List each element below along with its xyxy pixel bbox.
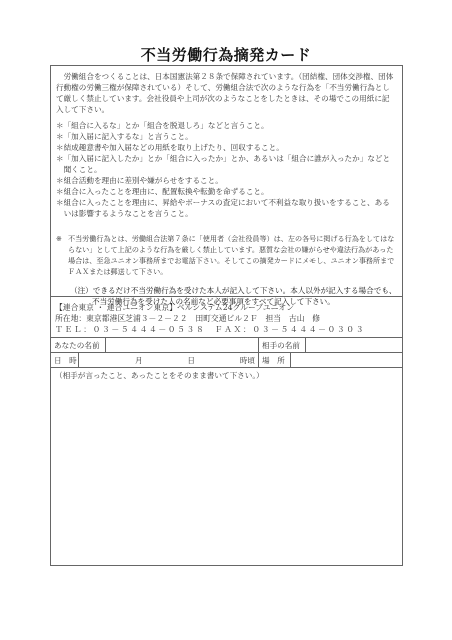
union-phone-fax: ＴＥＬ：０３－５４４４－０５３８ ＦＡＸ：０３－５４４４－０３０３	[55, 324, 398, 335]
time-label: 時頃	[240, 355, 255, 365]
other-name-field[interactable]	[306, 338, 402, 352]
page-title: 不当労働行為摘発カード	[0, 44, 452, 65]
union-contact-info: 【連合東京 ・ 連合ユニオン東京】ベルシステム24グループユニオン 所在地：東京…	[51, 298, 402, 338]
list-item: ＊組合活動を理由に差別や嫌がらせをすること。	[56, 175, 397, 186]
list-item: ＊「加入届に記入したか」とか「組合に入ったか」とか、あるいは「組合に誰が入ったか…	[56, 153, 397, 175]
card-frame: 労働組合をつくることは、日本国憲法第２８条で保障されています。（団結権、団体交渉…	[50, 65, 403, 566]
month-label: 月	[135, 355, 143, 365]
incident-description-area[interactable]: （相手が言ったこと、あったことをそのまま書いて下さい。）	[51, 368, 402, 565]
day-label: 日	[187, 355, 195, 365]
list-item: ＊「加入届に記入するな」と言うこと。	[56, 131, 397, 142]
union-address: 所在地：東京都港区芝浦３－２－２２ 田町交通ビル２Ｆ 担当 古山 修	[55, 313, 398, 324]
place-label: 場 所	[259, 353, 291, 367]
list-item: ＊「組合に入るな」とか「組合を脱退しろ」などと言うこと。	[56, 120, 397, 131]
your-name-label: あなたの名前	[51, 338, 106, 352]
union-name: 【連合東京 ・ 連合ユニオン東京】ベルシステム24グループユニオン	[55, 302, 398, 313]
prohibited-acts-list: ＊「組合に入るな」とか「組合を脱退しろ」などと言うこと。 ＊「加入届に記入するな…	[56, 120, 397, 219]
datetime-field[interactable]: 月 日 時頃	[79, 353, 259, 367]
list-item: ＊結成趣意書や加入届などの用紙を取り上げたり、回収すること。	[56, 142, 397, 153]
names-row: あなたの名前 相手の名前	[51, 338, 402, 353]
legal-note-text: 不当労働行為とは、労働組合法第７条に「使用者（会社役員等）は、左の各号に掲げる行…	[68, 234, 394, 276]
explanation-box: 労働組合をつくることは、日本国憲法第２８条で保障されています。（団結権、団体交渉…	[51, 66, 402, 297]
datetime-label: 日 時	[51, 353, 79, 367]
your-name-field[interactable]	[106, 338, 259, 352]
legal-note: ※不当労働行為とは、労働組合法第７条に「使用者（会社役員等）は、左の各号に掲げる…	[56, 233, 397, 277]
list-item: ＊組合に入ったことを理由に、配置転換や転勤を命ずること。	[56, 186, 397, 197]
note-mark-icon: ※	[56, 233, 68, 244]
place-field[interactable]	[291, 353, 402, 367]
list-item: ＊組合に入ったことを理由に、昇給やボーナスの査定において不利益な取り扱いをするこ…	[56, 197, 397, 219]
incident-description-hint: （相手が言ったこと、あったことをそのまま書いて下さい。）	[55, 370, 398, 381]
datetime-place-row: 日 時 月 日 時頃 場 所	[51, 353, 402, 368]
intro-paragraph: 労働組合をつくることは、日本国憲法第２８条で保障されています。（団結権、団体交渉…	[56, 71, 397, 115]
other-name-label: 相手の名前	[259, 338, 306, 352]
